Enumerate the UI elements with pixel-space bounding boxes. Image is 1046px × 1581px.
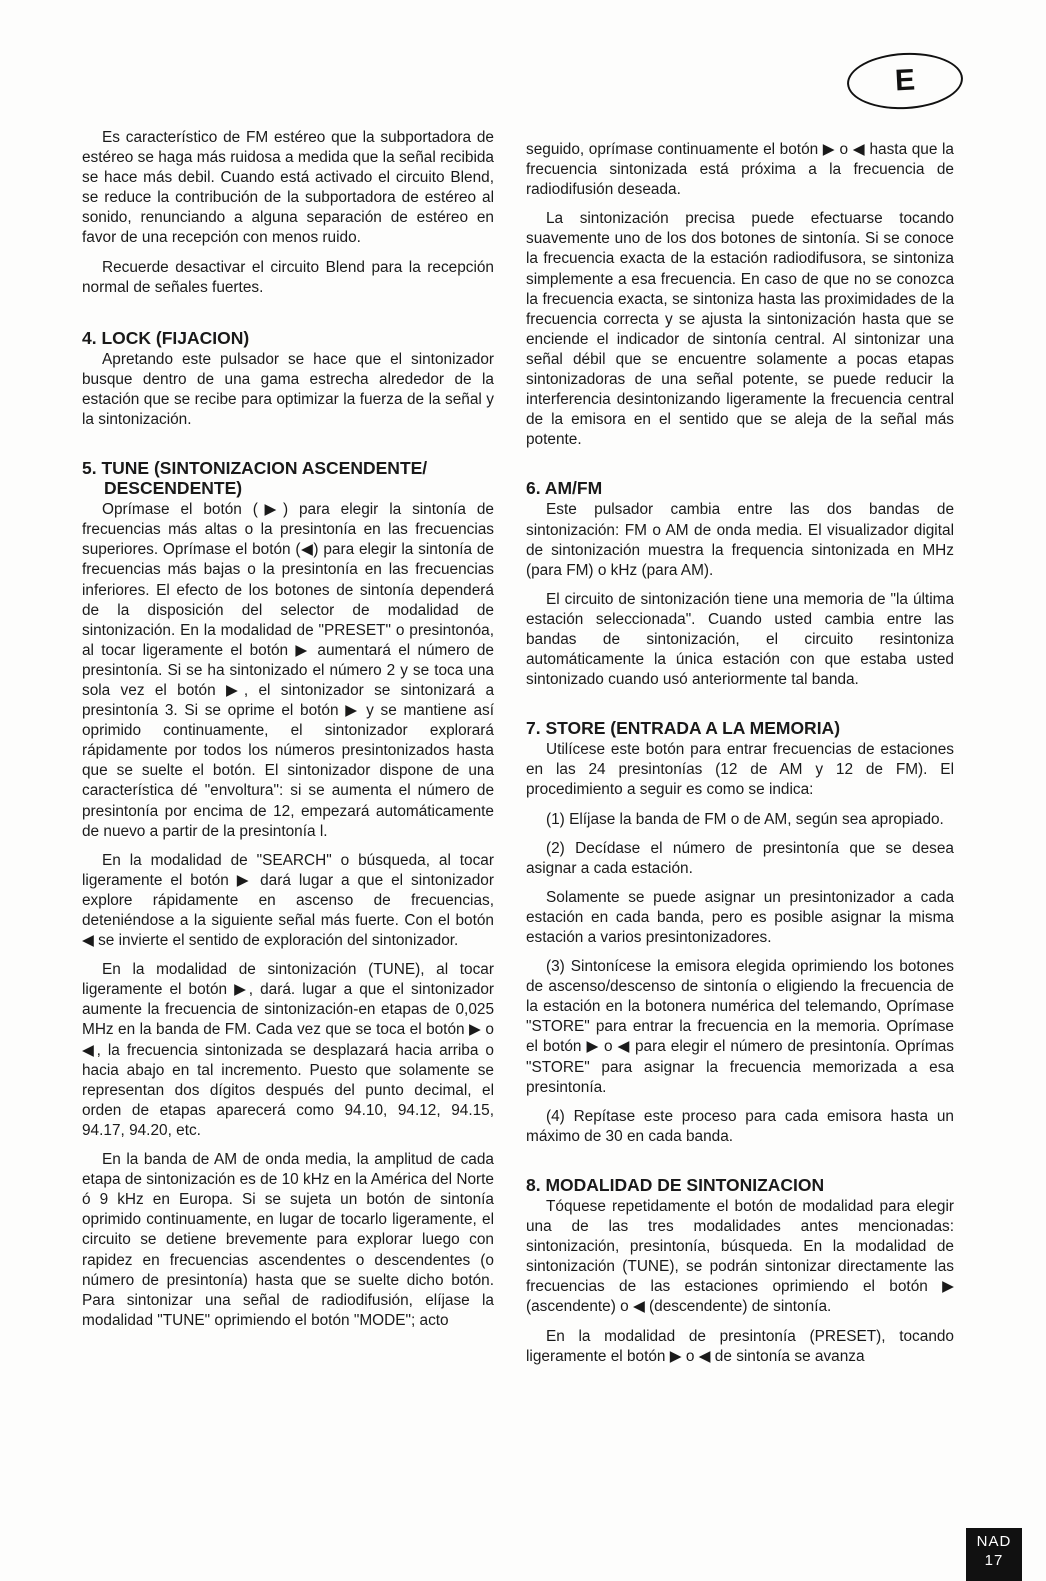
brand-label: NAD bbox=[966, 1532, 1022, 1551]
intro-paragraph: Recuerde desactivar el circuito Blend pa… bbox=[82, 258, 494, 298]
step-paragraph: (2) Decídase el número de presintonía qu… bbox=[526, 839, 954, 879]
language-badge: E bbox=[846, 50, 965, 112]
page-footer-badge: NAD 17 bbox=[966, 1528, 1022, 1581]
right-column: seguido, oprímase continuamente el botón… bbox=[526, 140, 954, 1376]
section-heading-lock: 4. LOCK (FIJACION) bbox=[82, 328, 494, 348]
section-paragraph: Solamente se puede asignar un presintoni… bbox=[526, 888, 954, 948]
section-paragraph: El circuito de sintonización tiene una m… bbox=[526, 590, 954, 690]
section-heading-am-fm: 6. AM/FM bbox=[526, 478, 954, 498]
continued-paragraph: seguido, oprímase continuamente el botón… bbox=[526, 140, 954, 200]
section-paragraph: En la banda de AM de onda media, la ampl… bbox=[82, 1150, 494, 1331]
section-paragraph: Oprímase el botón (▶) para elegir la sin… bbox=[82, 500, 494, 842]
step-paragraph: (4) Repítase este proceso para cada emis… bbox=[526, 1107, 954, 1147]
section-paragraph: En la modalidad de "SEARCH" o búsqueda, … bbox=[82, 851, 494, 951]
section-paragraph: Utilícese este botón para entrar frecuen… bbox=[526, 740, 954, 800]
left-column: Es característico de FM estéreo que la s… bbox=[82, 128, 494, 1340]
continued-paragraph: La sintonización precisa puede efectuars… bbox=[526, 209, 954, 450]
section-paragraph: En la modalidad de sintonización (TUNE),… bbox=[82, 960, 494, 1141]
section-paragraph: Tóquese repetidamente el botón de modali… bbox=[526, 1197, 954, 1318]
section-paragraph: Apretando este pulsador se hace que el s… bbox=[82, 350, 494, 430]
section-heading-tuning-mode: 8. MODALIDAD DE SINTONIZACION bbox=[526, 1175, 954, 1195]
section-heading-store: 7. STORE (ENTRADA A LA MEMORIA) bbox=[526, 718, 954, 738]
section-paragraph: En la modalidad de presintonía (PRESET),… bbox=[526, 1327, 954, 1367]
heading-line: DESCENDENTE) bbox=[82, 478, 494, 498]
language-badge-letter: E bbox=[894, 63, 916, 98]
section-paragraph: Este pulsador cambia entre las dos banda… bbox=[526, 500, 954, 580]
heading-line: 5. TUNE (SINTONIZACION ASCENDENTE/ bbox=[82, 458, 427, 478]
step-paragraph: (3) Sintonícese la emisora elegida oprim… bbox=[526, 957, 954, 1098]
step-paragraph: (1) Elíjase la banda de FM o de AM, segú… bbox=[526, 810, 954, 830]
intro-paragraph: Es característico de FM estéreo que la s… bbox=[82, 128, 494, 249]
section-heading-tune: 5. TUNE (SINTONIZACION ASCENDENTE/ DESCE… bbox=[82, 458, 494, 498]
page-number: 17 bbox=[966, 1551, 1022, 1570]
